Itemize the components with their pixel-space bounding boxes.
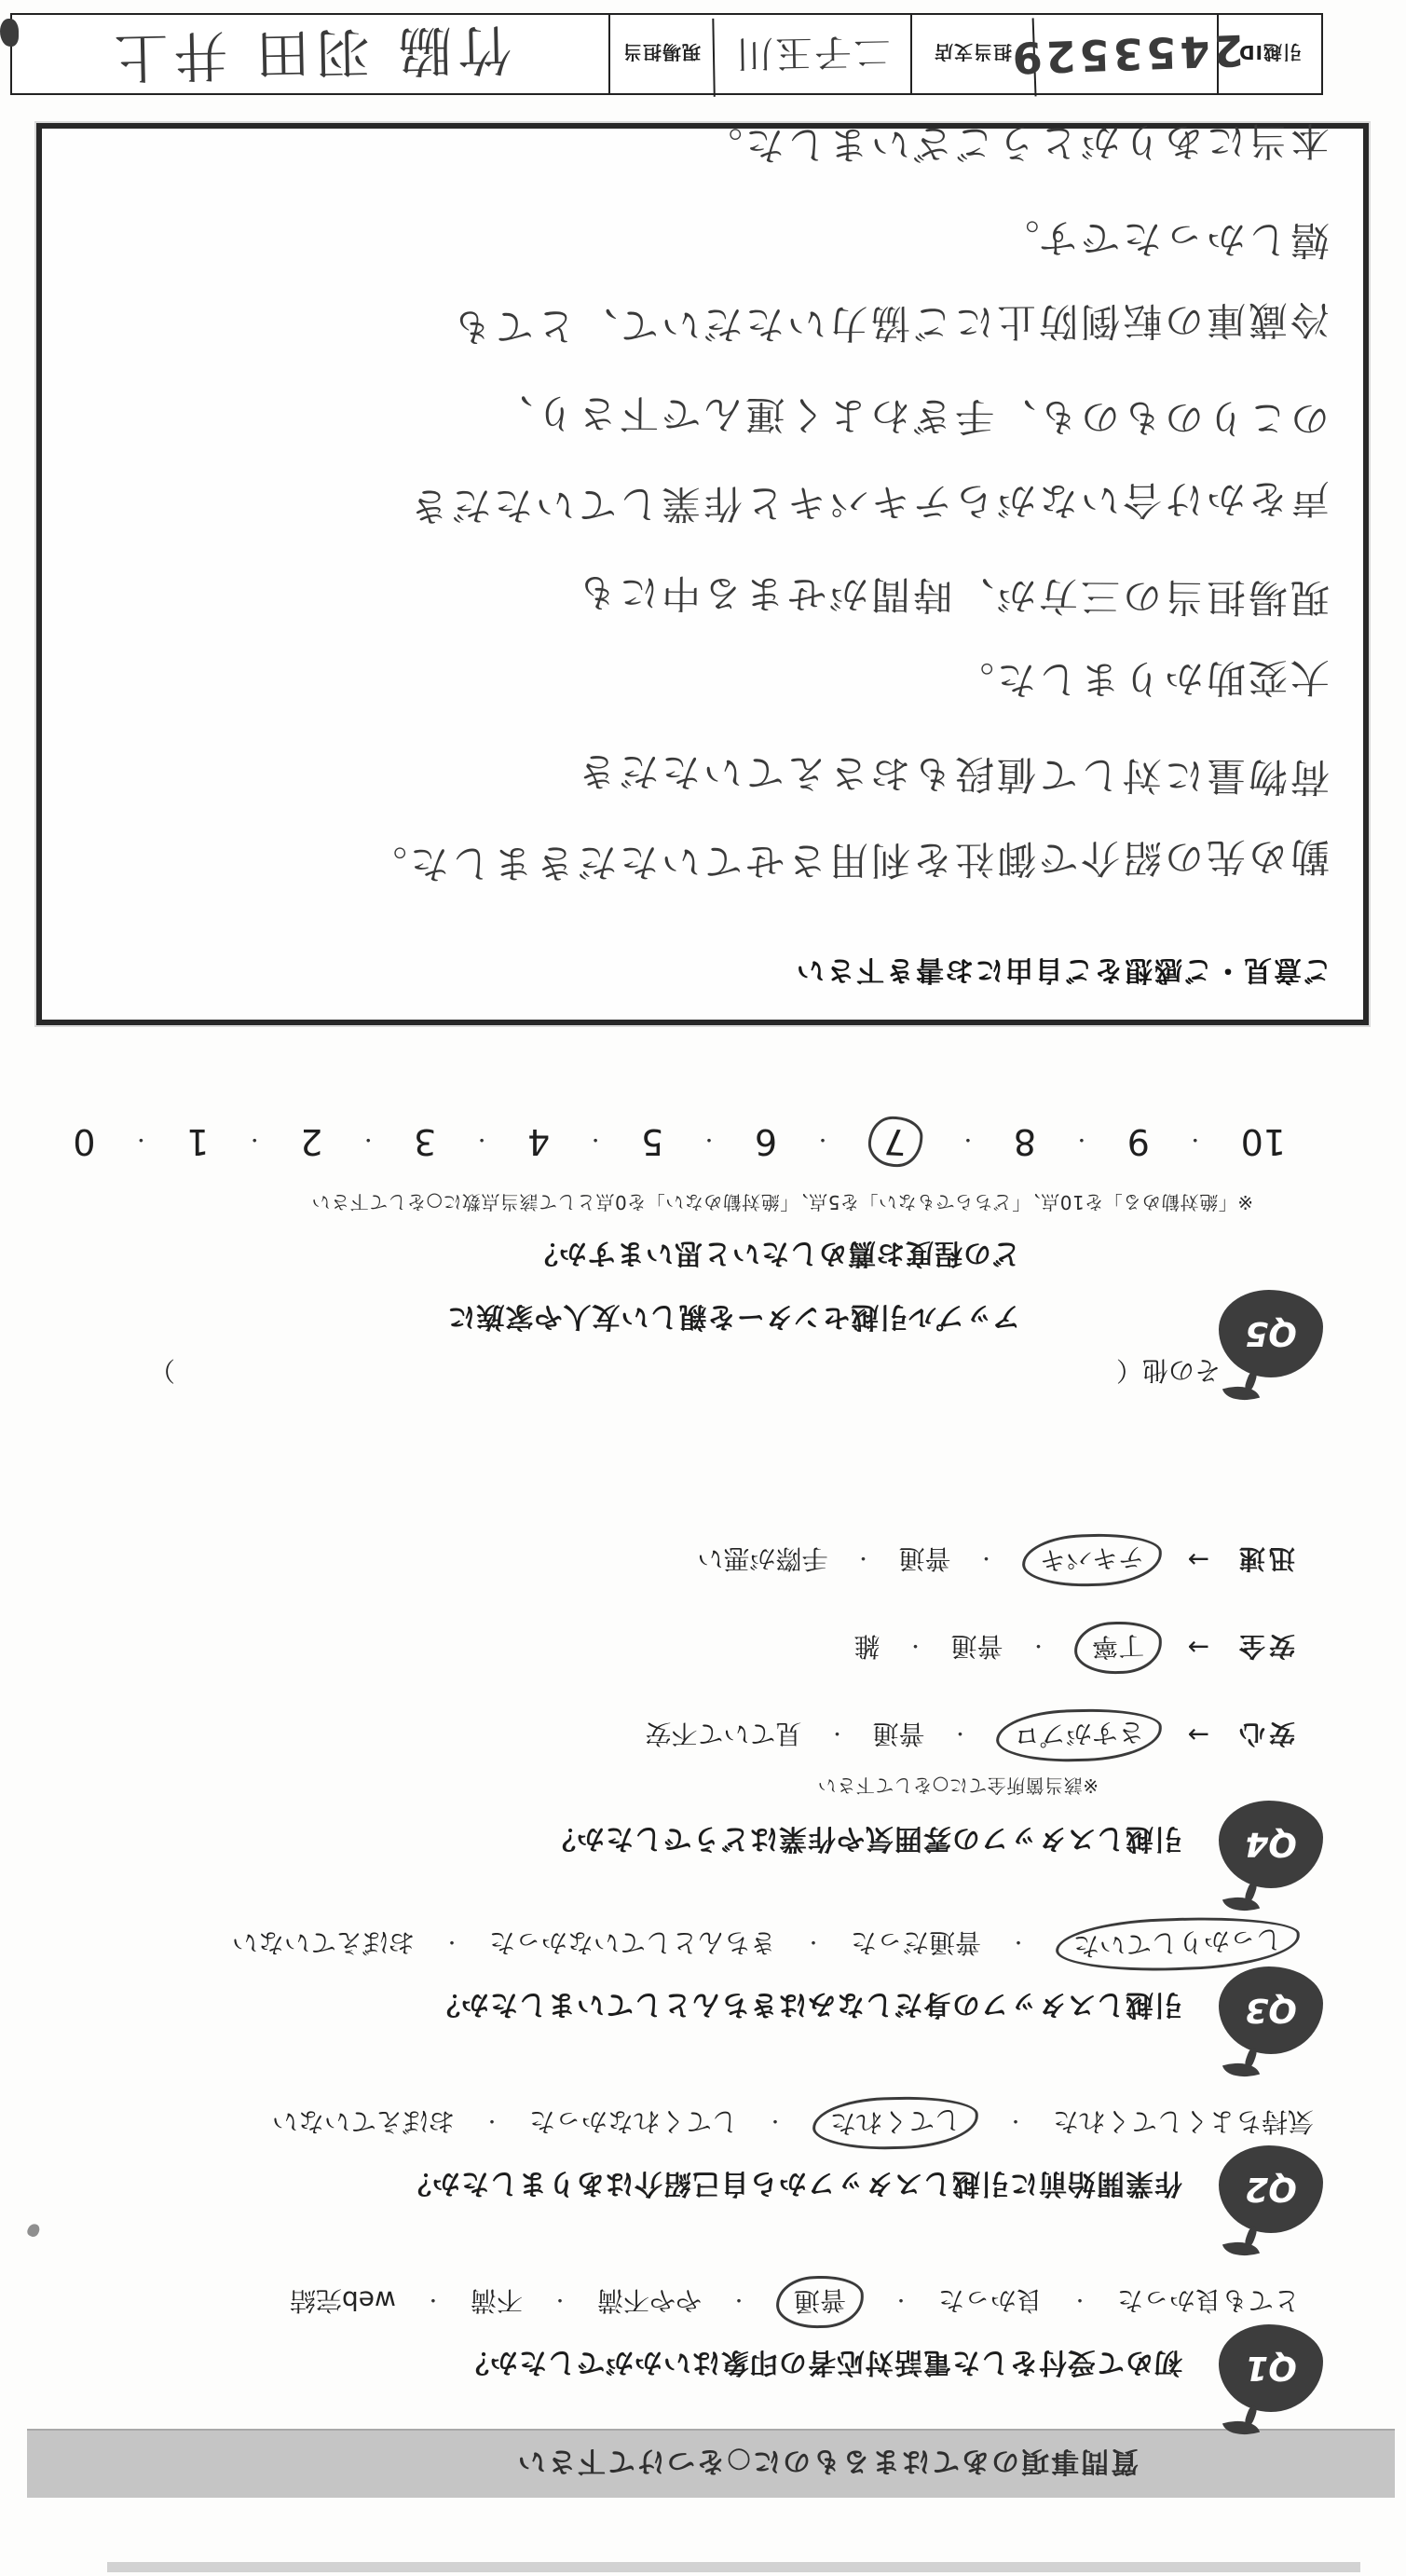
option: やや不満 — [597, 2283, 702, 2321]
q1-badge: Q1 — [1219, 2324, 1323, 2412]
scan-smudge — [0, 19, 19, 47]
dot-separator: ・ — [1072, 1129, 1091, 1156]
q4-badge-label: Q4 — [1245, 1826, 1297, 1864]
dot-separator: ・ — [906, 1635, 924, 1662]
q5-question-line1: アップル引越センターを親しい友人や家族に — [447, 1299, 1021, 1340]
q4-other-row: その他 （ ） — [149, 1353, 1221, 1391]
dot-separator: ・ — [827, 1722, 846, 1749]
dot-separator: ・ — [804, 1931, 823, 1958]
circled-option: 普通 — [775, 2274, 865, 2329]
comment-box: ご意見・ご感想をご自由にお書き下さい 勤め先の紹介で御社を利用させていただきまし… — [36, 123, 1369, 1025]
instruction-bar: 質問事項のあてはまるものに○をつけて下さい — [27, 2429, 1395, 2498]
handwritten-comment: 勤め先の紹介で御社を利用させていただきました。 荷物量に対して値段もおさえていた… — [81, 101, 1330, 906]
site-staff-value: 竹脇 羽田 井上 — [11, 12, 609, 103]
arrow-icon: → — [1188, 1720, 1209, 1751]
paren-open: （ — [1116, 1353, 1142, 1391]
dot-separator: ・ — [131, 1129, 150, 1156]
comment-line: 声をかけ合いながらテキパキと作業していただき — [81, 453, 1331, 554]
dot-separator: ・ — [959, 1129, 977, 1156]
dot-separator: ・ — [472, 1129, 491, 1156]
q5-badge: Q5 — [1219, 1290, 1323, 1377]
scale-value: 10 — [1241, 1121, 1286, 1162]
dot-separator: ・ — [1186, 1129, 1205, 1156]
dot-separator: ・ — [245, 1129, 264, 1156]
scanned-survey-sheet: 質問事項のあてはまるものに○をつけて下さい Q1 初めて受付をした電話対応者の印… — [0, 0, 1406, 2576]
scale-value: 5 — [641, 1121, 663, 1162]
move-id-value: 2453529 — [1032, 12, 1219, 97]
scan-edge-strip — [107, 2562, 1360, 2572]
dot-separator: ・ — [443, 1931, 461, 1958]
q4-row-anshin: 安心 → さすがプロ ・ 普通 ・ 見ていて不安 — [645, 1709, 1295, 1761]
comment-line: 大変助かりました。 — [81, 632, 1331, 733]
circled-scale-value: 7 — [867, 1116, 923, 1169]
q3-badge: Q3 — [1219, 1966, 1323, 2054]
q5-note: ※「絶対勧める」を10点、「どちらでもない」を5点、「絶対勧めない」を0点として… — [311, 1190, 1253, 1217]
scale-value: 3 — [414, 1121, 436, 1162]
dot-separator: ・ — [1071, 2289, 1089, 2316]
option: web完結 — [290, 2283, 396, 2321]
paren-close: ） — [149, 1353, 175, 1391]
row-label: 安心 — [1235, 1717, 1295, 1754]
scale-value: 0 — [73, 1121, 95, 1162]
circled-option: してくれた — [812, 2094, 979, 2152]
q4-badge: Q4 — [1219, 1801, 1323, 1888]
q1-badge-label: Q1 — [1245, 2350, 1297, 2388]
comment-line: 本当にありがとうございました。 — [81, 95, 1331, 196]
dot-separator: ・ — [483, 2110, 501, 2137]
option: 気持ちよくしてくれた — [1053, 2104, 1314, 2142]
circled-option: テキパキ — [1021, 1531, 1163, 1588]
scale-value: 6 — [755, 1121, 777, 1162]
q4-note: ※該当箇所全てに○をして下さい — [817, 1774, 1099, 1801]
comment-line: 勤め先の紹介で御社を利用させていただきました。 — [81, 811, 1331, 911]
nps-scale: 10 ・ 9 ・ 8 ・ 7 ・ 6 ・ 5 ・ 4 ・ 3 ・ 2 ・ 1 ・… — [73, 1117, 1286, 1167]
comment-line: のこりのものも、手ぎわよく運んで下さり、 — [81, 364, 1331, 464]
scan-speck — [26, 2222, 42, 2239]
dot-separator: ・ — [1030, 1635, 1048, 1662]
row-label: 迅速 — [1235, 1541, 1295, 1579]
branch-value: 二子玉川 — [712, 15, 910, 97]
option: 良かった — [938, 2283, 1043, 2321]
option: 雑 — [853, 1629, 880, 1666]
arrow-icon: → — [1188, 1545, 1209, 1576]
scale-value: 8 — [1014, 1121, 1036, 1162]
q3-question: 引越しスタッフの身だしなみはきちんとしていましたか？ — [431, 1987, 1182, 2028]
footer-id-table: 引越ID 2453529 担当支店 二子玉川 現場担当 竹脇 羽田 井上 — [10, 13, 1323, 95]
instruction-bar-text: 質問事項のあてはまるものに○をつけて下さい — [516, 2444, 1139, 2485]
option: 普通 — [950, 1629, 1003, 1666]
option: してくれなかった — [529, 2104, 738, 2142]
option: 見ていて不安 — [645, 1717, 801, 1754]
comment-line: 荷物量に対して値段もおさえていただき — [81, 722, 1331, 822]
circled-option: さすがプロ — [995, 1706, 1163, 1764]
comment-box-title: ご意見・ご感想をご自由にお書き下さい — [795, 952, 1331, 993]
dot-separator: ・ — [700, 1129, 718, 1156]
q4-row-anzen: 安全 → 丁寧 ・ 普通 ・ 雑 — [853, 1622, 1295, 1674]
scale-value: 4 — [527, 1121, 550, 1162]
option: おぼえていない — [232, 1925, 415, 1963]
dot-separator: ・ — [1006, 2110, 1025, 2137]
dot-separator: ・ — [766, 2110, 785, 2137]
comment-line: 冷蔵庫の転倒防止にご協力いただいて、とても — [81, 274, 1331, 375]
q1-question: 初めて受付をした電話対応者の印象はいかがでしたか？ — [460, 2345, 1182, 2386]
q3-badge-label: Q3 — [1245, 1992, 1297, 2030]
dot-separator: ・ — [853, 1547, 872, 1574]
dot-separator: ・ — [586, 1129, 605, 1156]
q2-options: 気持ちよくしてくれた ・ してくれた ・ してくれなかった ・ おぼえていない — [272, 2097, 1314, 2149]
q4-question: 引越しスタッフの雰囲気や作業はどうでしたか？ — [547, 1821, 1182, 1862]
q1-options: とても良かった ・ 良かった ・ 普通 ・ やや不満 ・ 不満 ・ web完結 — [290, 2276, 1300, 2328]
q2-badge: Q2 — [1219, 2145, 1323, 2233]
option: おぼえていない — [272, 2104, 455, 2142]
dot-separator: ・ — [813, 1129, 832, 1156]
q5-question-line2: どの程度お薦めしたいと思いますか？ — [529, 1236, 1020, 1277]
dot-separator: ・ — [892, 2289, 910, 2316]
comment-line: 現場担当の三方が、時間がせまる中にも — [81, 543, 1331, 643]
dot-separator: ・ — [424, 2289, 443, 2316]
option: 手際が悪い — [697, 1541, 827, 1579]
row-label: 安全 — [1235, 1629, 1295, 1666]
scale-value: 2 — [300, 1121, 322, 1162]
q2-badge-label: Q2 — [1245, 2171, 1297, 2209]
arrow-icon: → — [1188, 1633, 1209, 1664]
dot-separator: ・ — [359, 1129, 377, 1156]
other-label: その他 — [1142, 1353, 1221, 1391]
dot-separator: ・ — [551, 2289, 569, 2316]
option: 不満 — [471, 2283, 523, 2321]
option: 普通 — [898, 1541, 950, 1579]
scale-value: 1 — [186, 1121, 209, 1162]
option: きちんとしていなかった — [489, 1925, 776, 1963]
q5-badge-label: Q5 — [1245, 1315, 1297, 1353]
circled-option: しっかりしていた — [1055, 1913, 1301, 1974]
dot-separator: ・ — [951, 1722, 970, 1749]
q4-row-jinsoku: 迅速 → テキパキ ・ 普通 ・ 手際が悪い — [697, 1534, 1295, 1586]
dot-separator: ・ — [730, 2289, 748, 2316]
option: とても良かった — [1117, 2283, 1300, 2321]
option: 普通だった — [851, 1925, 981, 1963]
q3-options: しっかりしていた ・ 普通だった ・ きちんとしていなかった ・ おぼえていない — [232, 1918, 1300, 1970]
circled-option: 丁寧 — [1073, 1620, 1163, 1675]
scale-value: 9 — [1127, 1121, 1150, 1162]
q2-question: 作業開始前に引越しスタッフから自己紹介はありましたか？ — [403, 2166, 1182, 2207]
dot-separator: ・ — [977, 1547, 996, 1574]
option: 普通 — [872, 1717, 924, 1754]
site-staff-label: 現場担当 — [608, 15, 713, 93]
dot-separator: ・ — [1009, 1931, 1028, 1958]
comment-line: 嬉しかったです。 — [81, 185, 1331, 285]
